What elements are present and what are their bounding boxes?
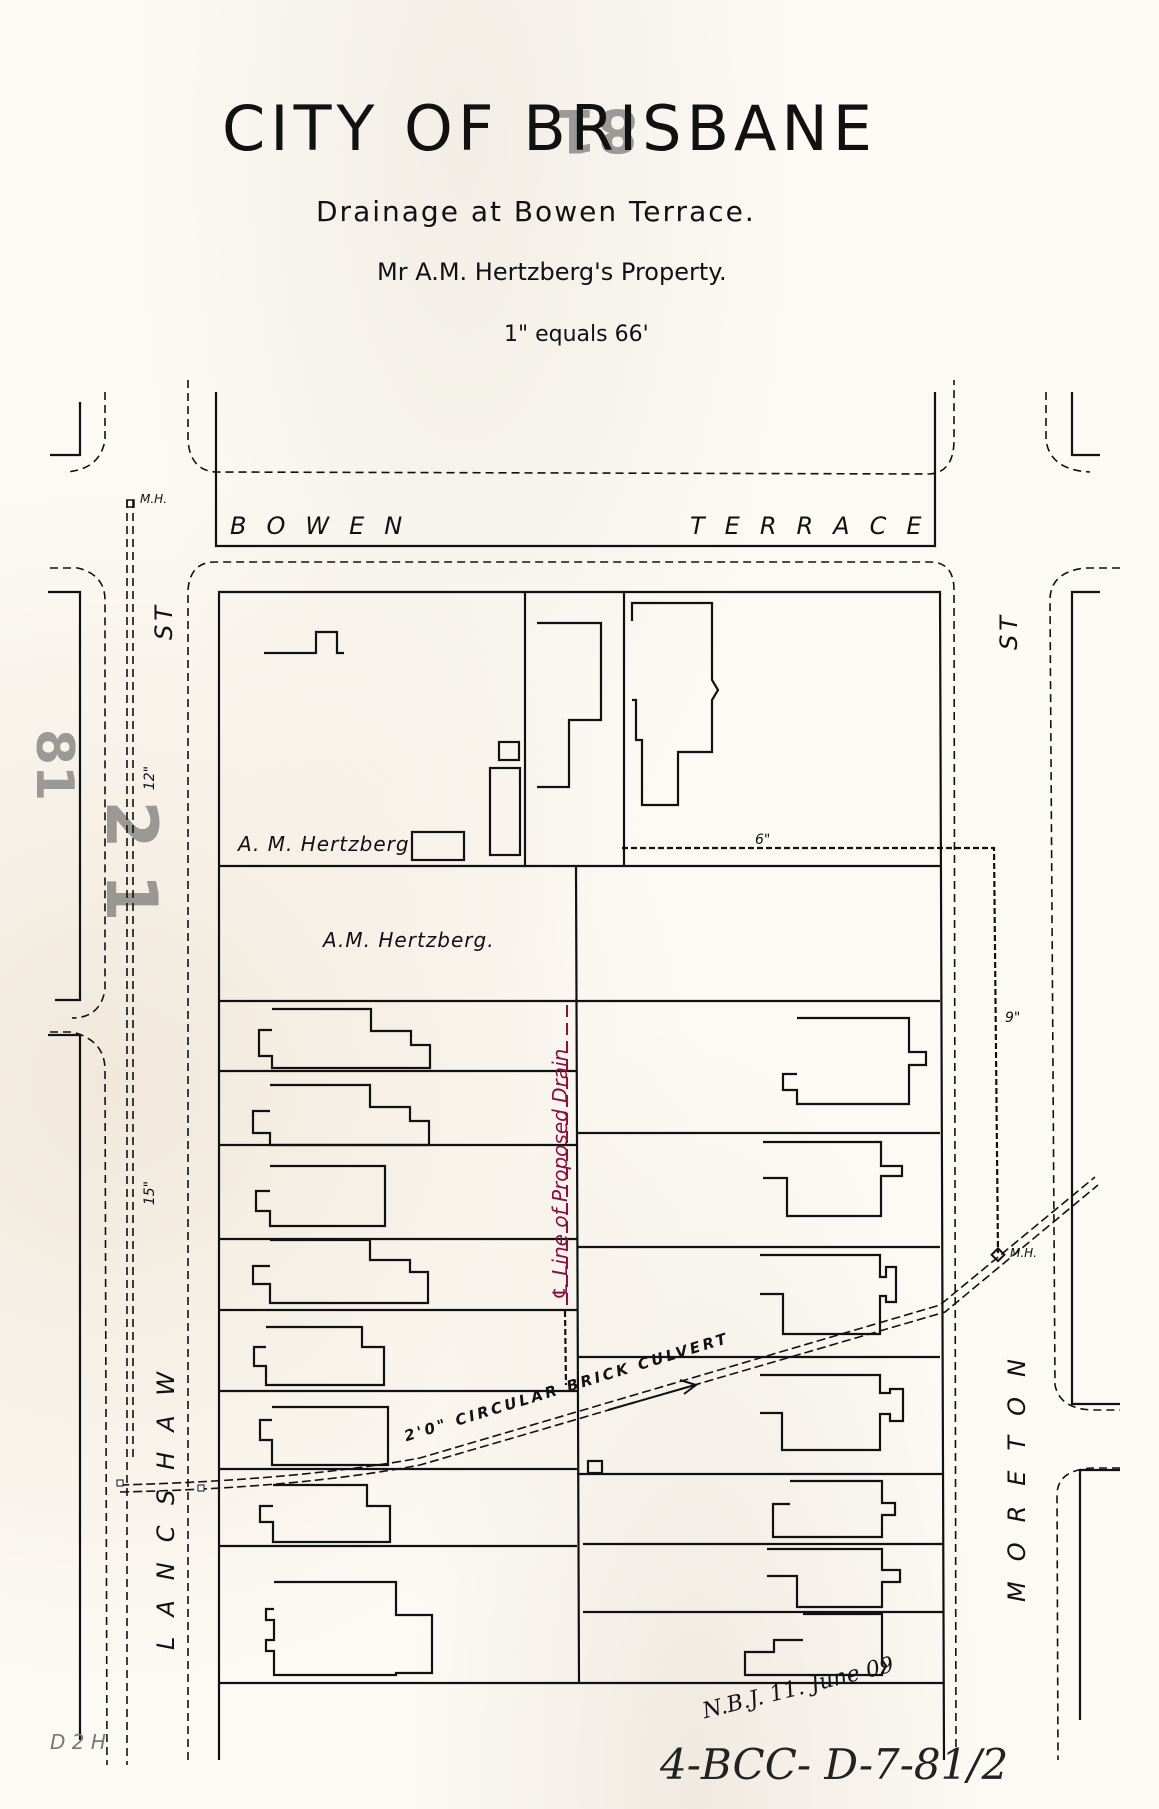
pipe-15-label: 15": [142, 1181, 158, 1205]
scale-caption: 1" equals 66': [504, 322, 649, 347]
pipe-6-label: 6": [755, 832, 770, 848]
manhole-label-nw: M.H.: [140, 492, 167, 506]
pipe-12-label: 12": [142, 766, 158, 790]
owner-label-1: A. M. Hertzberg: [238, 832, 410, 856]
archive-reference: 4-BCC- D-7-81/2: [660, 1740, 1008, 1789]
proposed-drain-label: ℄ Line of Proposed Drain: [548, 1049, 572, 1300]
pencil-corner-notes: D 2 H: [50, 1730, 106, 1754]
property-caption: Mr A.M. Hertzberg's Property.: [377, 258, 727, 286]
street-moreton-st: ST: [995, 612, 1023, 650]
pipe-9-label: 9": [1005, 1010, 1020, 1026]
culvert-lower: [120, 1185, 1098, 1492]
main-block-kerb: [188, 562, 956, 1760]
street-bowen: BOWEN: [230, 512, 422, 540]
map-title: CITY OF BRISBANE: [222, 92, 877, 165]
street-moreton: MORETON: [1003, 1339, 1031, 1602]
street-lancshaw: LANCSHAW: [152, 1352, 180, 1650]
manhole-label-se: M.H.: [1010, 1246, 1037, 1260]
map-subtitle: Drainage at Bowen Terrace.: [316, 195, 756, 228]
main-block-outline: [219, 592, 944, 1760]
culvert-upper: [120, 1177, 1095, 1485]
street-terrace: TERRACE: [690, 512, 942, 540]
street-lancshaw-st: ST: [150, 602, 178, 640]
owner-label-2: A.M. Hertzberg.: [323, 928, 495, 952]
bowen-north-kerb: [188, 380, 954, 474]
